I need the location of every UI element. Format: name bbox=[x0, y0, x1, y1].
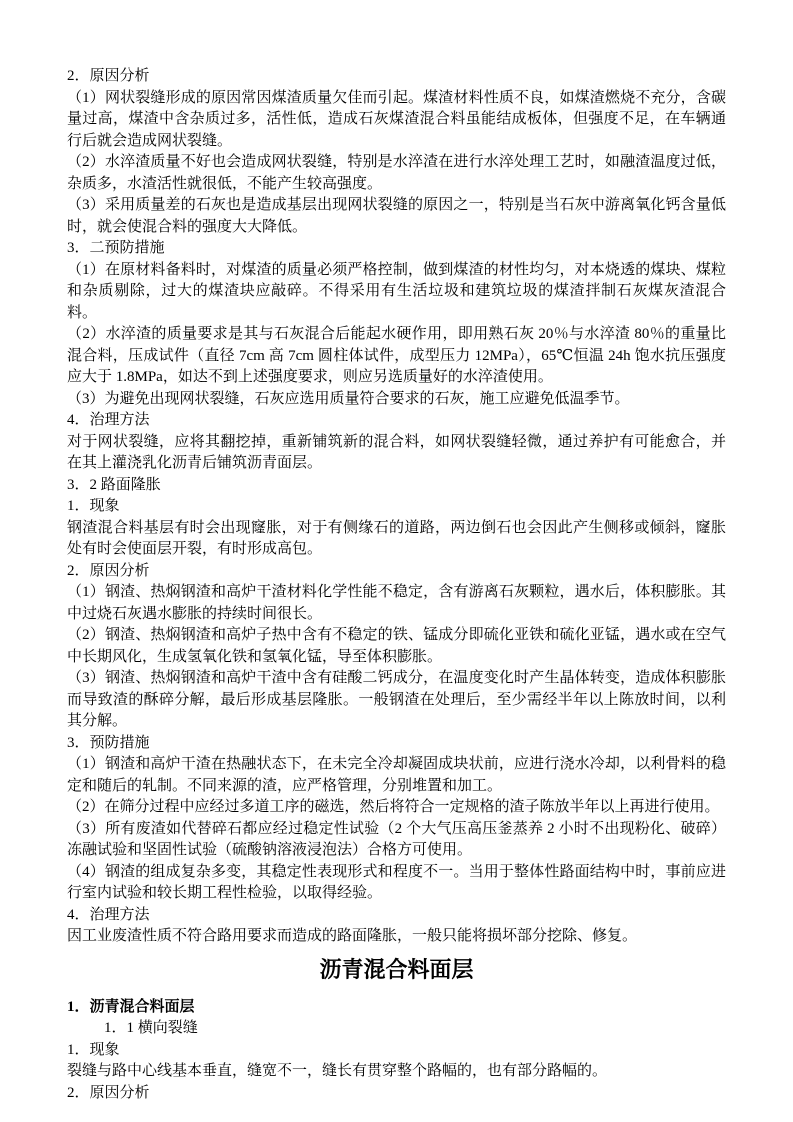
paragraph: （1）在原材料备料时，对煤渣的质量必须严格控制，做到煤渣的材性均匀，对本烧透的煤… bbox=[67, 260, 726, 325]
paragraph: 4．治理方法 bbox=[67, 410, 726, 432]
paragraph: 2．原因分析 bbox=[67, 1083, 726, 1105]
paragraph: （2）水淬渣的质量要求是其与石灰混合后能起水硬作用，即用熟石灰 20％与水淬渣 … bbox=[67, 324, 726, 389]
paragraph: （3）为避免出现网状裂缝，石灰应选用质量符合要求的石灰，施工应避免低温季节。 bbox=[67, 389, 726, 411]
paragraph: 对于网状裂缝，应将其翻挖掉，重新铺筑新的混合料，如网状裂缝轻微，通过养护有可能愈… bbox=[67, 432, 726, 475]
paragraph: （1）钢渣、热焖钢渣和高炉干渣材料化学性能不稳定，含有游离石灰颗粒，遇水后，体积… bbox=[67, 582, 726, 625]
paragraph: 因工业废渣性质不符合路用要求而造成的路面隆胀，一般只能将损坏部分挖除、修复。 bbox=[67, 926, 726, 948]
paragraph: （2）钢渣、热焖钢渣和高炉子热中含有不稳定的铁、锰成分即硫化亚铁和硫化亚锰，遇水… bbox=[67, 625, 726, 668]
paragraph: （4）钢渣的组成复杂多变，其稳定性表现形式和程度不一。当用于整体性路面结构中时，… bbox=[67, 862, 726, 905]
paragraph: 1．现象 bbox=[67, 1040, 726, 1062]
document-page: 2．原因分析（1）网状裂缝形成的原因常因煤渣质量欠佳而引起。煤渣材料性质不良，如… bbox=[0, 0, 793, 1122]
paragraph: 1．现象 bbox=[67, 496, 726, 518]
paragraph: 裂缝与路中心线基本垂直，缝宽不一，缝长有贯穿整个路幅的，也有部分路幅的。 bbox=[67, 1061, 726, 1083]
paragraph: （2）水淬渣质量不好也会造成网状裂缝，特别是水淬渣在进行水淬处理工艺时，如融渣温… bbox=[67, 152, 726, 195]
paragraph: 2．原因分析 bbox=[67, 66, 726, 88]
paragraph: （1）钢渣和高炉干渣在热融状态下，在未完全冷却凝固成块状前，应进行浇水冷却，以利… bbox=[67, 754, 726, 797]
paragraph: （3）所有废渣如代替碎石都应经过稳定性试验（2 个大气压高压釜蒸养 2 小时不出… bbox=[67, 819, 726, 862]
paragraph: （3）钢渣、热焖钢渣和高炉干渣中含有硅酸二钙成分，在温度变化时产生晶体转变，造成… bbox=[67, 668, 726, 733]
paragraph: 3．预防措施 bbox=[67, 733, 726, 755]
paragraph: 3．二预防措施 bbox=[67, 238, 726, 260]
paragraph: 钢渣混合料基层有时会出现窿胀，对于有侧缘石的道路，两边倒石也会因此产生侧移或倾斜… bbox=[67, 518, 726, 561]
paragraph: 4．治理方法 bbox=[67, 905, 726, 927]
section-heading: 沥青混合料面层 bbox=[67, 955, 726, 985]
paragraph: （3）采用质量差的石灰也是造成基层出现网状裂缝的原因之一，特别是当石灰中游离氧化… bbox=[67, 195, 726, 238]
paragraph: 2．原因分析 bbox=[67, 561, 726, 583]
paragraph: （1）网状裂缝形成的原因常因煤渣质量欠佳而引起。煤渣材料性质不良，如煤渣燃烧不充… bbox=[67, 88, 726, 153]
document-content: 2．原因分析（1）网状裂缝形成的原因常因煤渣质量欠佳而引起。煤渣材料性质不良，如… bbox=[67, 66, 726, 1104]
paragraph: 1．1 横向裂缝 bbox=[67, 1018, 726, 1040]
paragraph: 3．2 路面隆胀 bbox=[67, 475, 726, 497]
paragraph: （2）在筛分过程中应经过多道工序的磁选，然后将符合一定规格的渣子陈放半年以上再进… bbox=[67, 797, 726, 819]
paragraph: 1．沥青混合料面层 bbox=[67, 997, 726, 1019]
